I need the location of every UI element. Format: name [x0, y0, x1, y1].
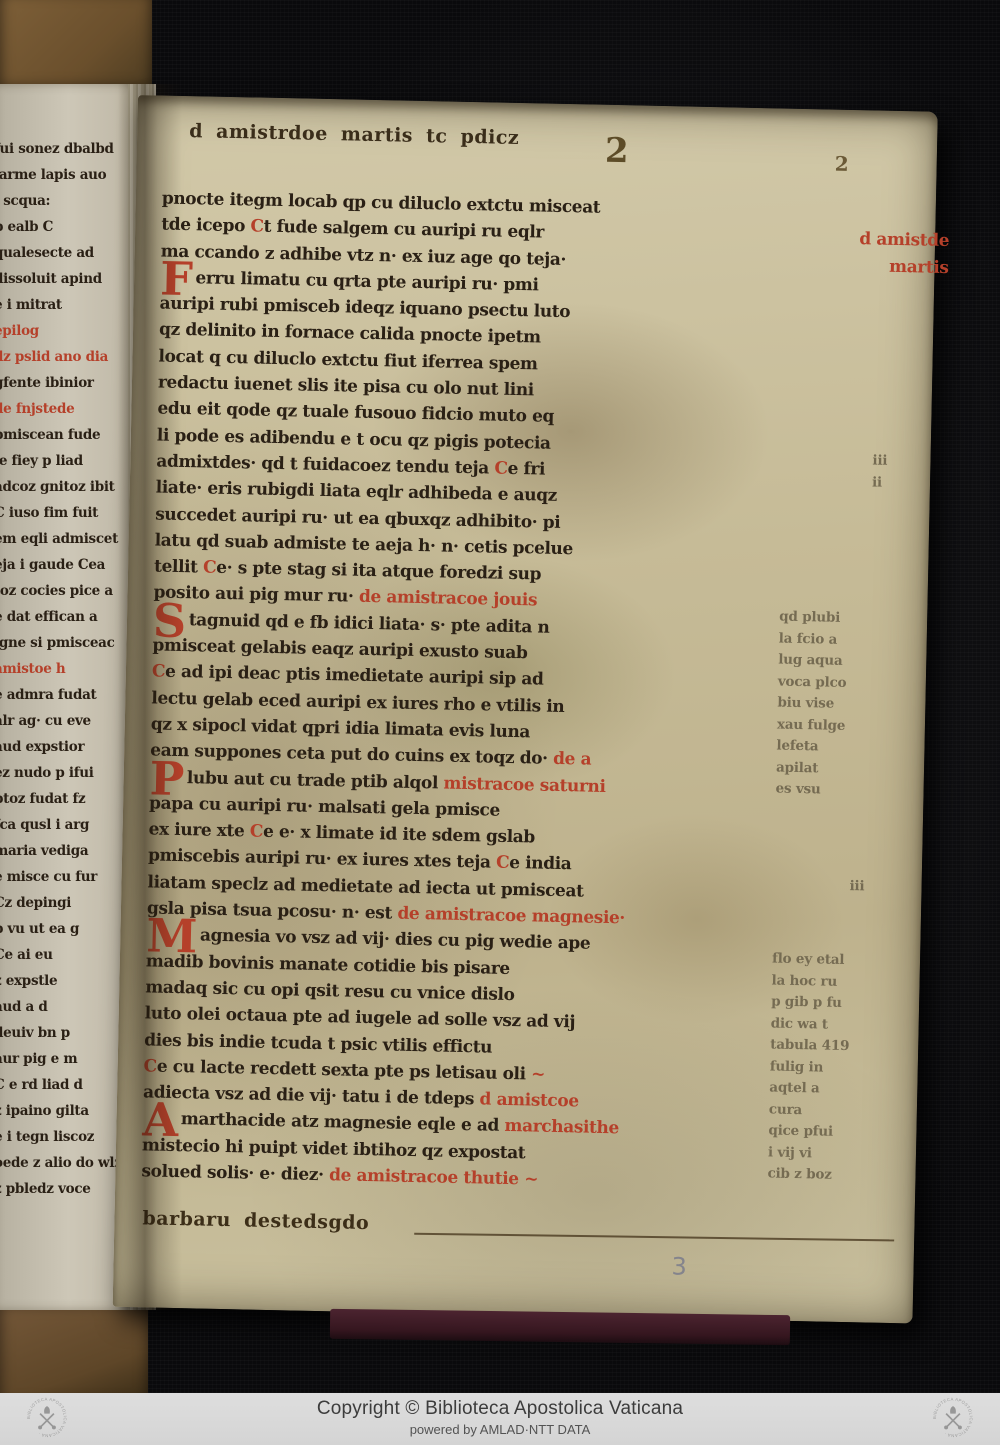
- folio-number-large: 2: [605, 131, 630, 171]
- gutter-shadow: [118, 84, 182, 1310]
- manuscript-text-block: pnocte itegm locab qp cu diluclo extctu …: [141, 186, 818, 1199]
- footer-bar: BIBLIOTECA APOSTOLICA VATICANA · Copyrig…: [0, 1393, 1000, 1445]
- main-page: d amistrdoe martis tc pdicz 2 2 pnocte i…: [113, 95, 938, 1323]
- powered-by-text: powered by AMLAD·NTT DATA: [0, 1422, 1000, 1437]
- svg-text:BIBLIOTECA APOSTOLICA VATICANA: BIBLIOTECA APOSTOLICA VATICANA ·: [932, 1396, 974, 1438]
- binding-leather-top: [0, 0, 152, 96]
- folio-number-small: 2: [834, 152, 848, 176]
- margin-note: iiiii: [872, 450, 888, 493]
- vatican-seal-icon: BIBLIOTECA APOSTOLICA VATICANA ·: [930, 1396, 976, 1442]
- running-title: d amistrdoe martis tc pdicz: [189, 120, 519, 149]
- page-stamp: 3: [671, 1252, 687, 1280]
- manuscript-viewer-screenshot: { "footer": { "copyright": "Copyright © …: [0, 0, 1000, 1445]
- cradle-strip: [330, 1309, 790, 1345]
- binding-leather-bottom: [0, 1296, 148, 1396]
- catchword-rule: [414, 1233, 894, 1242]
- margin-note: iii: [849, 876, 864, 898]
- copyright-text: Copyright © Biblioteca Apostolica Vatica…: [0, 1398, 1000, 1420]
